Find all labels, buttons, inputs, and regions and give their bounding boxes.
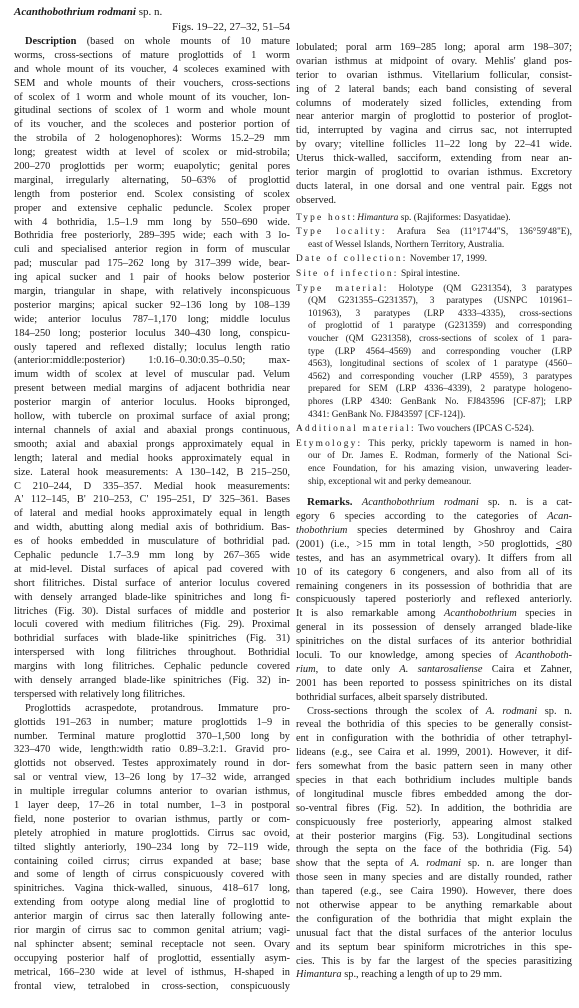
type-material-label: Type material: <box>296 284 389 294</box>
text-line: number. Terminal mature proglottid 370–1… <box>14 730 290 744</box>
text-line: 4563), longitudinal sections of scolex o… <box>296 358 572 371</box>
text-line: hollow, with tubercle on proximal surfac… <box>14 410 290 424</box>
type-locality: Type locality: Arafura Sea (11°17'44"S, … <box>296 226 572 239</box>
date-of-collection: Date of collection: November 17, 1999. <box>296 253 572 266</box>
text-line: columns of moderately sized follicles, e… <box>296 97 572 111</box>
text-line: (anterior:middle:posterior) 1:0.16–0.30:… <box>14 354 290 368</box>
text-line: testes, and has an asymmetrical ovary). … <box>296 552 572 566</box>
text-line: pad; muscular pad 175–262 long by 317–39… <box>14 257 290 271</box>
text-line: Uterus thick-walled, sacciform, extendin… <box>296 152 572 166</box>
text-line: and width, abutting along medial axis of… <box>14 521 290 535</box>
proglottids-paragraph: Proglottids acraspedote, protandrous. Im… <box>14 702 290 994</box>
etymology: Etymology: This perky, prickly tapeworm … <box>296 438 572 451</box>
text-line: with densely arranged blade-like spinitr… <box>14 674 290 688</box>
description-paragraph: Description (based on whole mounts of 10… <box>14 35 290 702</box>
text-line: remaining congeners in its possession of… <box>296 580 572 594</box>
text-line: containing coiled cirrus; cirrus expande… <box>14 855 290 869</box>
text-line: by ovary; vitelline follicles 11–22 long… <box>296 138 572 152</box>
text-line: ously tapered and reflexed distally; loc… <box>14 341 290 355</box>
text-line: (QM G231355–G231357), 3 paratypes (USNPC… <box>296 295 572 308</box>
text-line: nal sphincter absent; seminal receptacle… <box>14 938 290 952</box>
text-line: worms, cross-sections of mature proglott… <box>14 49 290 63</box>
text-line: general in its possession of densely arr… <box>296 621 572 635</box>
text-line: lobulated; poral arm 169–285 long; apora… <box>296 41 572 55</box>
text-line: through the septa on the face of the bot… <box>296 843 572 857</box>
text-line: smooth; axial and abaxial prongs approxi… <box>14 438 290 452</box>
taxonomic-metadata: Type host:Himantura sp. (Rajiformes: Das… <box>296 212 572 488</box>
text-line: frontal view, tetralobed in cross-sectio… <box>14 980 290 994</box>
type-host: Type host:Himantura sp. (Rajiformes: Das… <box>296 212 572 225</box>
text-line: marginal, irregularly alternating, 50–63… <box>14 174 290 188</box>
text-line: Proglottids acraspedote, protandrous. Im… <box>14 702 290 716</box>
text-line: terspersed with relatively long filitric… <box>14 688 290 702</box>
text-line: ence Foundation, for his amazing vision,… <box>296 463 572 476</box>
text-line: rium, to date only A. santarosaliense Ca… <box>296 663 572 677</box>
text-line: ovarian isthmus at midpoint of ovary. Me… <box>296 55 572 69</box>
text-line: length; lateral and medial hooks approxi… <box>14 452 290 466</box>
species-heading: Acanthobothrium rodmani sp. n. <box>14 5 290 20</box>
text-line: C 210–244, D 335–357. Medial hook measur… <box>14 480 290 494</box>
text-line: loculi covered with medium filitriches (… <box>14 618 290 632</box>
text-line: than tapered (e.g., see Caira 1990). How… <box>296 885 572 899</box>
text-line: our of Dr. James E. Rodman, formerly of … <box>296 450 572 463</box>
right-column: lobulated; poral arm 169–285 long; apora… <box>296 41 572 982</box>
text-line: spinitriches. Vagina thick-walled, sinuo… <box>14 882 290 896</box>
text-line: es of hooks embedded in musculature of b… <box>14 535 290 549</box>
text-line: SEM and whole mounts of their vouchers, … <box>14 77 290 91</box>
text-line: conspicuously free posteriorly, appearin… <box>296 816 572 830</box>
additional-material: Additional material: Two vouchers (IPCAS… <box>296 423 572 436</box>
text-line: observed. <box>296 194 572 208</box>
text-line: 101963), 3 paratypes (LRP 4333–4335), cr… <box>296 308 572 321</box>
text-line: pletely atrophied in mature proglottids.… <box>14 827 290 841</box>
proglottids-paragraph-continued: lobulated; poral arm 169–285 long; apora… <box>296 41 572 208</box>
text-line: egory 6 species according to the categor… <box>296 510 572 524</box>
text-line: spinitriches on the distal surfaces of i… <box>296 635 572 649</box>
text-line: Remarks. Acanthobothrium rodmani sp. n. … <box>296 496 572 510</box>
text-line: Himantura sp., reaching a length of up t… <box>296 968 572 982</box>
text-line: voucher (QM G231358), cross-sections of … <box>296 333 572 346</box>
text-line: posterior margins; apical sucker 92–136 … <box>14 299 290 313</box>
text-line: cies. This is by far the largest of the … <box>296 955 572 969</box>
etymology-label: Etymology: <box>296 439 362 449</box>
text-line: prepared for SEM (LRP 4336–4339), 2 para… <box>296 383 572 396</box>
text-line: field, none posterior to ovarian isthmus… <box>14 813 290 827</box>
text-line: show that the septa of A. rodmani sp. n.… <box>296 857 572 871</box>
text-line: fers somewhat from the basic pattern see… <box>296 760 572 774</box>
text-line: and its septum bear spiniform microtrich… <box>296 941 572 955</box>
type-material: Type material: Holotype (QM G231354), 3 … <box>296 283 572 296</box>
date-of-collection-label: Date of collection: <box>296 254 408 264</box>
text-line: lideans (e.g., see Caira et al. 1999, 20… <box>296 746 572 760</box>
text-line: short filitriches. Distal surface of ant… <box>14 577 290 591</box>
text-line: ent in configuration with the bothridia … <box>296 732 572 746</box>
text-line: 4341: GenBank No. FJ843597 [CF-124]). <box>296 409 572 422</box>
text-line: litriches (Fig. 30). Distal surfaces of … <box>14 605 290 619</box>
text-line: ing of 2 lateral bands; each band consis… <box>296 83 572 97</box>
text-line: culi and specialised anterior region in … <box>14 243 290 257</box>
text-line: length from posterior end. Scolex consis… <box>14 188 290 202</box>
text-line: (2001) (i.e., >15 mm in total length, >5… <box>296 538 572 552</box>
text-line: 1 layer deep, 17–26 in total number, 1–3… <box>14 799 290 813</box>
text-line: margins with long filitriches. Cephalic … <box>14 660 290 674</box>
text-line: in multiple irregular columns anterior t… <box>14 785 290 799</box>
text-line: east of Wessel Islands, Northern Territo… <box>296 239 572 252</box>
text-line: and some of length of cirrus conspicuous… <box>14 868 290 882</box>
site-of-infection-label: Site of infection: <box>296 269 399 279</box>
site-of-infection: Site of infection: Spiral intestine. <box>296 268 572 281</box>
text-line: glottids not observed. Testes approximat… <box>14 757 290 771</box>
text-line: of proglottid of 1 paratype (G231359) an… <box>296 320 572 333</box>
text-line: terior margin of proglottid to ovarian i… <box>296 166 572 180</box>
text-line: ing apical sucker and 1 pair of hooks be… <box>14 271 290 285</box>
text-line: present between medial margins of adjace… <box>14 382 290 396</box>
text-line: 10 of its category 6 congeners, and also… <box>296 566 572 580</box>
text-line: long; greatest width at level of scolex … <box>14 146 290 160</box>
text-line: anterior margin of cirrus sac then later… <box>14 910 290 924</box>
additional-material-label: Additional material: <box>296 424 416 434</box>
text-line: species in that each bothridium includes… <box>296 774 572 788</box>
text-line: of scolex of 1 worm and whole mount of i… <box>14 91 290 105</box>
text-line: tilted slightly anteriorly, 190–234 long… <box>14 841 290 855</box>
text-line: at their posterior margins (Fig. 53). Lo… <box>296 830 572 844</box>
figure-references: Figs. 19–22, 27–32, 51–54 <box>14 20 290 35</box>
text-line: and whole mount of its voucher, 4 scolec… <box>14 63 290 77</box>
species-name: Acanthobothrium rodmani <box>14 6 136 18</box>
text-line: conspicuously tapered posteriorly and re… <box>296 593 572 607</box>
text-line: type (LRP 4564–4569) and corresponding v… <box>296 346 572 359</box>
text-line: Bothridia free posteriorly, 289–395 wide… <box>14 229 290 243</box>
text-line: of lateral and medial hooks approximatel… <box>14 507 290 521</box>
text-line: not otherwise appear to be anything rema… <box>296 899 572 913</box>
remarks-paragraph-1: Remarks. Acanthobothrium rodmani sp. n. … <box>296 496 572 704</box>
text-line: 2001 has been reported to possess spinit… <box>296 677 572 691</box>
text-line: reveal the bothridia of this species to … <box>296 718 572 732</box>
text-line: thobothrium species determined by Ghoshr… <box>296 524 572 538</box>
remarks-label: Remarks. <box>307 496 353 508</box>
text-line: tid, interrupted by vagina and cirrus sa… <box>296 124 572 138</box>
type-locality-label: Type locality: <box>296 227 387 237</box>
text-line: sal or ventral view, 13–26 long by 17–32… <box>14 771 290 785</box>
type-host-label: Type host: <box>296 213 357 223</box>
remarks-paragraph-2: Cross-sections through the scolex of A. … <box>296 705 572 983</box>
text-line: glottids 191–263 in number; mature progl… <box>14 716 290 730</box>
text-line: with densely arranged blade-like spinitr… <box>14 591 290 605</box>
text-line: posterior margin of anterior loculus. Ho… <box>14 396 290 410</box>
text-line: imum width of scolex at level of muscula… <box>14 368 290 382</box>
text-line: those seen in many species and are dista… <box>296 871 572 885</box>
text-line: It is also remarkable among Acanthobothr… <box>296 607 572 621</box>
text-line: bothridial surfaces with blade-like spin… <box>14 632 290 646</box>
text-line: A' 112–145, B' 210–253, C' 195–251, D' 3… <box>14 493 290 507</box>
text-line: phores (LRP 4340: GenBank No. FJ843596 [… <box>296 396 572 409</box>
text-line: 200–270 proglottids per worm; euapolytic… <box>14 160 290 174</box>
text-line: Description (based on whole mounts of 10… <box>14 35 290 49</box>
text-line: rior margin of cirrus sac to common geni… <box>14 924 290 938</box>
species-status: sp. n. <box>139 6 163 18</box>
text-line: with 4 bothridia, 1.5–1.9 mm long by 550… <box>14 216 290 230</box>
text-line: proper and extensive cephalic peduncle. … <box>14 202 290 216</box>
text-line: occupying posterior half of proglottid, … <box>14 952 290 966</box>
text-line: loculi. To our knowledge, among species … <box>296 649 572 663</box>
text-line: 4562) and corresponding voucher (LRP 455… <box>296 371 572 384</box>
text-line: near anterior margin of proglottid to po… <box>296 110 572 124</box>
text-line: size. Lateral hook measurements: A 130–1… <box>14 466 290 480</box>
text-line: of longitudinal muscle fibres embedded a… <box>296 788 572 802</box>
text-line: margin, triangular in shape, with relati… <box>14 285 290 299</box>
text-line: metrical, 166–230 wide at level of isthm… <box>14 966 290 980</box>
text-line: internal channels of axial and abaxial p… <box>14 424 290 438</box>
text-line: wide; anterior loculus 787–1,170 long; m… <box>14 313 290 327</box>
text-line: bothridial surfaces, albeit sparsely dis… <box>296 691 572 705</box>
text-line: Cephalic peduncle 1.7–3.9 mm long by 267… <box>14 549 290 563</box>
text-line: so-ventral fibres (Fig. 52). In addition… <box>296 802 572 816</box>
text-line: at mid-level. Distal surfaces of apical … <box>14 563 290 577</box>
text-line: of its voucher, and the scoleces and pos… <box>14 118 290 132</box>
text-line: unusual fact that the distal surfaces of… <box>296 927 572 941</box>
text-line: ship, exceptional wit and perky demeanou… <box>296 476 572 489</box>
text-line: the strobila of 2 hologenophores): Worms… <box>14 132 290 146</box>
text-line: 184–250 long; posterior loculus 340–430 … <box>14 327 290 341</box>
text-line: gitudinal sections of scolex of 1 worm a… <box>14 104 290 118</box>
text-line: the configuration of the bothridia that … <box>296 913 572 927</box>
left-column: Acanthobothrium rodmani sp. n. Figs. 19–… <box>14 0 290 993</box>
text-line: terior to ovarian isthmus. Vitellarium f… <box>296 69 572 83</box>
text-line: 323–470 wide, length:width ratio 0.89–3.… <box>14 743 290 757</box>
text-line: ducts lateral, in one dorsal and one ven… <box>296 180 572 194</box>
text-line: extending from ootype along medial line … <box>14 896 290 910</box>
description-label: Description <box>25 36 76 47</box>
text-line: interspersed with long filitriches throu… <box>14 646 290 660</box>
text-line: Cross-sections through the scolex of A. … <box>296 705 572 719</box>
